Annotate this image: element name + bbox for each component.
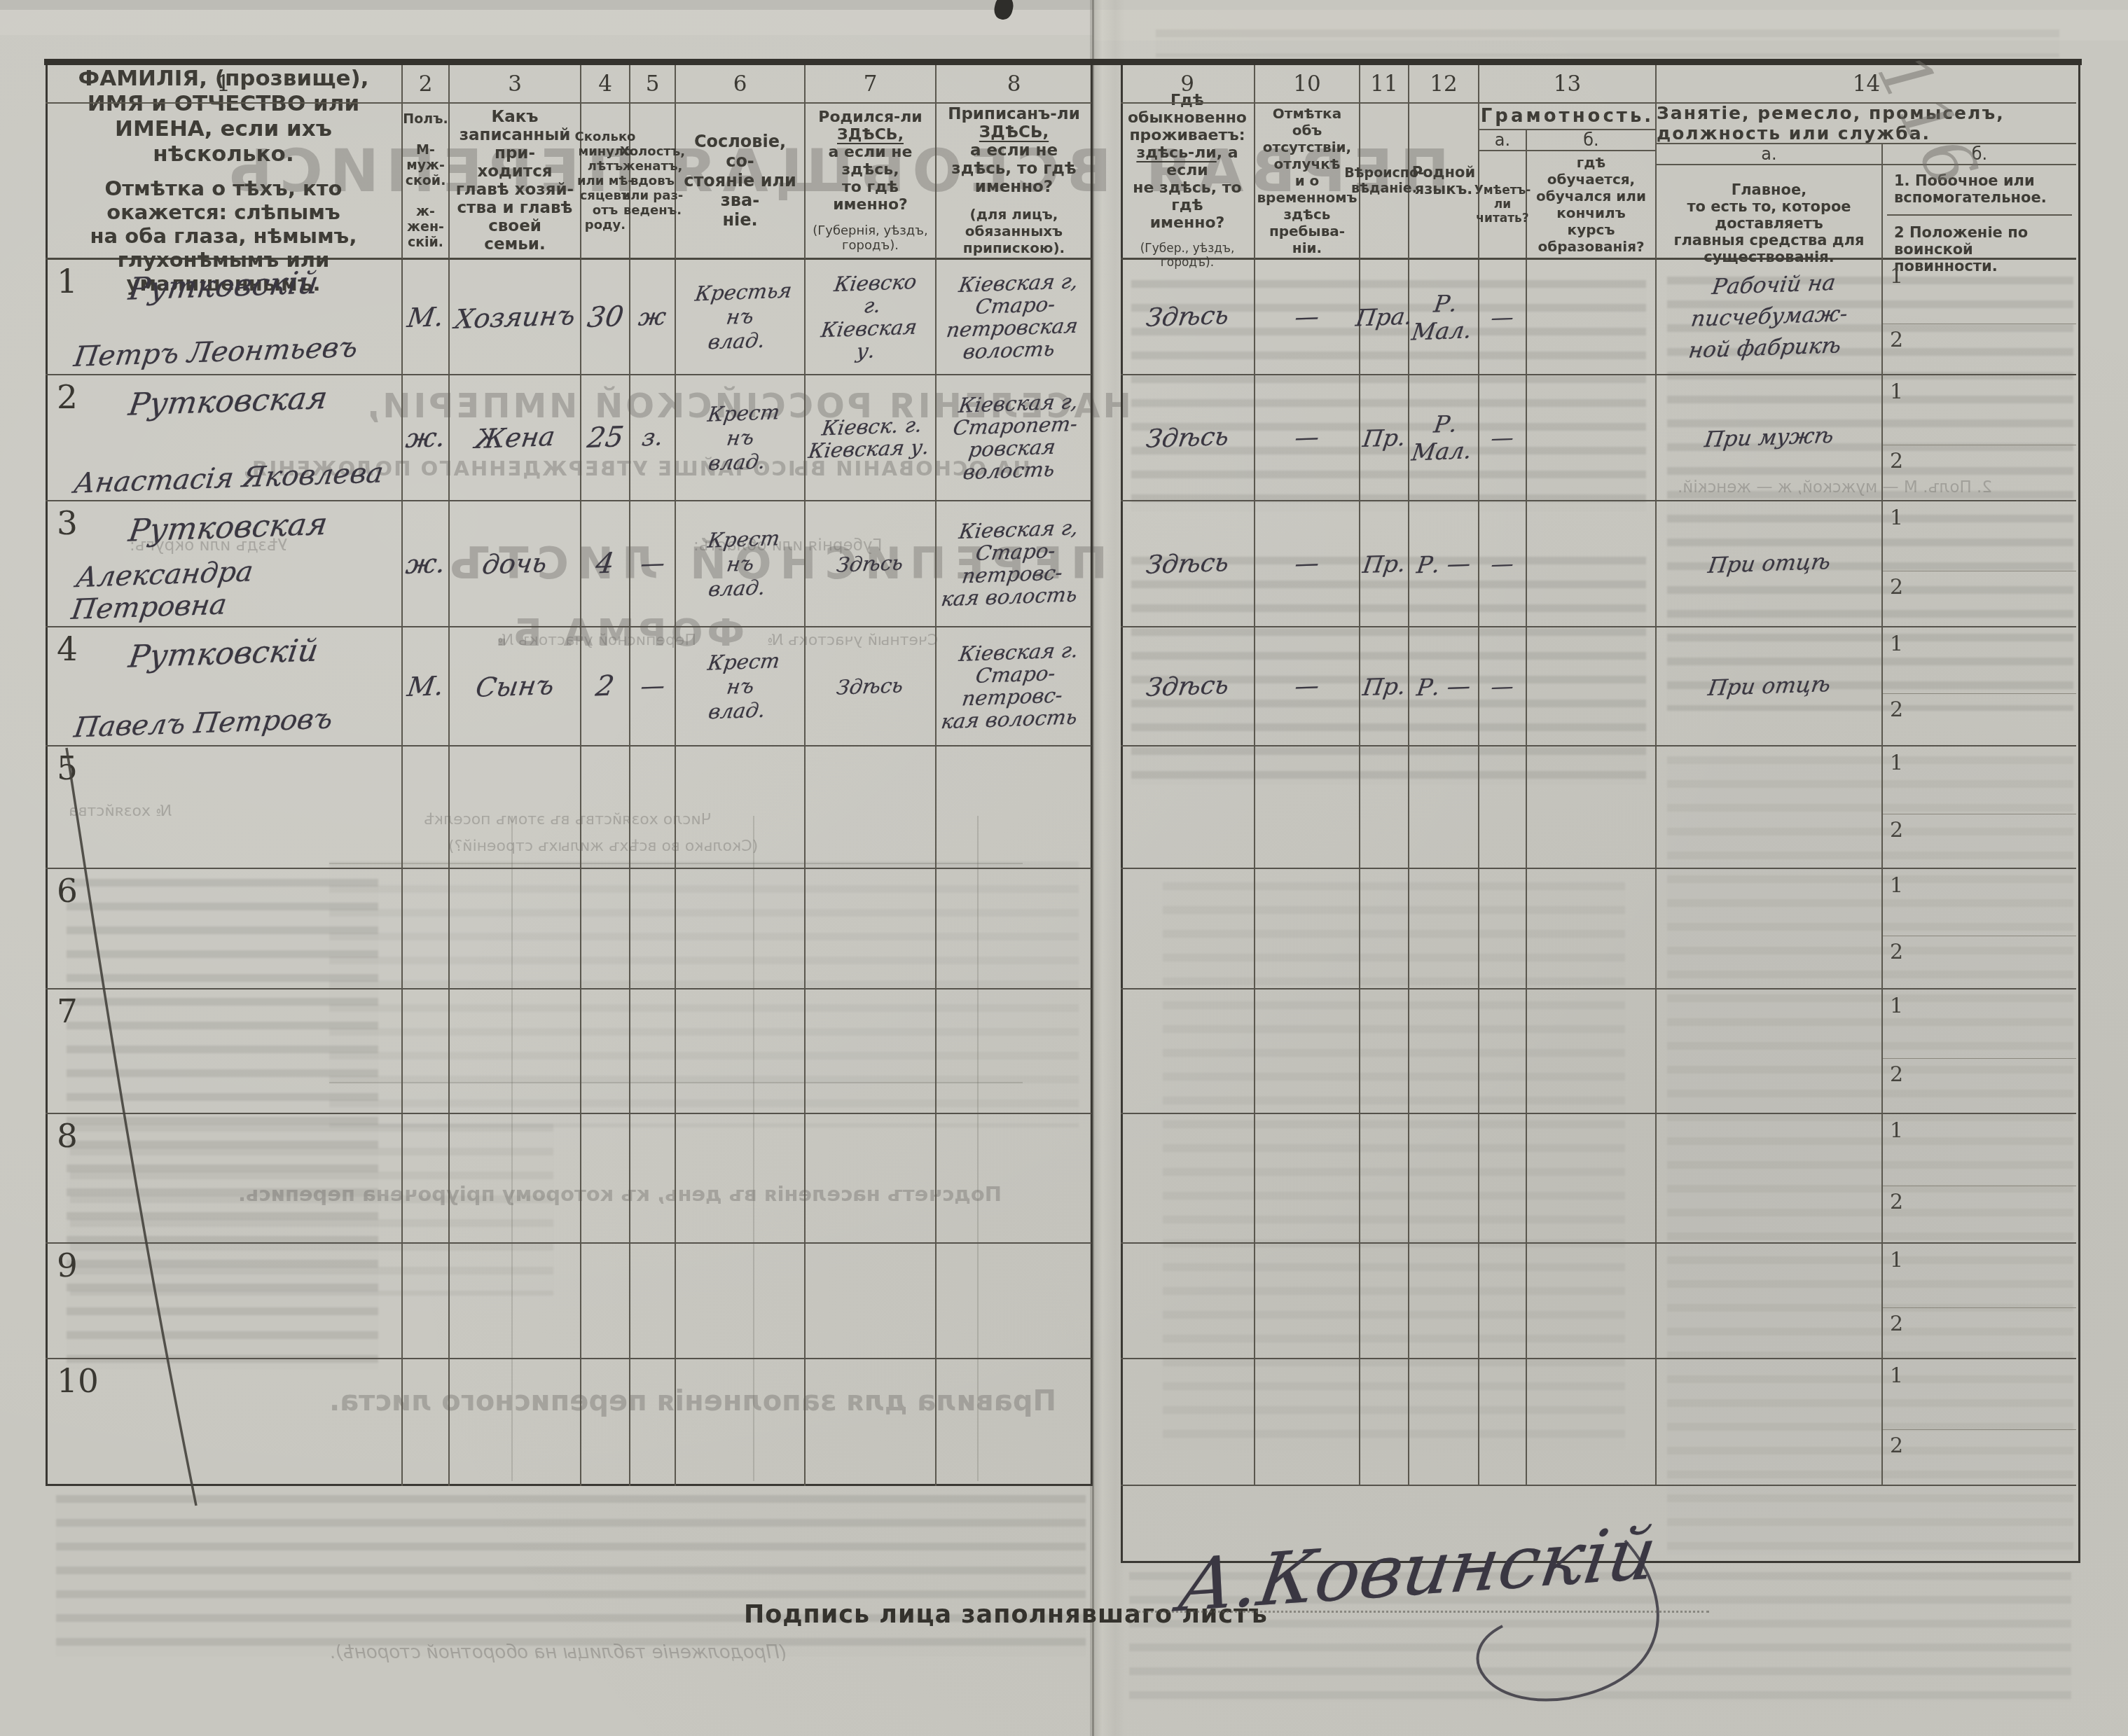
row3-c3-value: дочь [481,547,549,580]
row3-c3-cell: дочь [450,501,581,627]
subrow-divider [1883,571,2076,571]
col8-header: Приписанъ-ли ЗДѢСЬ, а если не здѣсь, то … [937,104,1091,260]
row2-c11-value: Пр. [1361,423,1407,452]
subrow-marker-1: 1 [1890,380,1903,404]
row4-c8-cell: Кіевская г. Старо- петровс- кая волость [937,627,1091,747]
subrow-marker-2: 2 [1890,1062,1903,1087]
row2-surname: Рутковская [126,377,404,423]
col7-header-text: Родился-ли ЗДѢСЬ, а если не здѣсь, то гд… [811,109,930,214]
row-number-6: 6 [57,872,78,910]
row-number-4: 4 [57,630,78,669]
row3-c5-value: — [639,549,667,578]
row3-c13b-cell [1527,501,1657,627]
census-sheet-scan: ПЕРВАЯ ВСЕОБЩАЯ ПЕРЕПИСЬ НАСЕЛЕНІЯ РОССІ… [0,0,2128,1736]
row5-c12-cell [1409,747,1479,869]
row10-c13a-cell [1479,1359,1527,1486]
row1-c9-value: Здѣсь [1144,301,1230,333]
row2-c11-cell: Пр. [1360,375,1409,501]
row8-c7-cell [806,1114,937,1244]
subrow-marker-1: 1 [1890,1248,1903,1272]
row1-c13a-value: — [1489,303,1516,331]
row3-c14b-cell: 12 [1883,501,2076,627]
row3-c6-value: Крест нъ влад. [699,526,781,602]
row8-c2-cell [403,1114,450,1244]
subrow-divider [1883,1186,2076,1186]
row6-c14b-cell: 12 [1883,869,2076,989]
col10-header-text: Отмѣтка объ отсутствіи, отлучкѣ и о врем… [1257,105,1357,256]
row2-c4-value: 25 [585,421,626,454]
row3-given-name: Александра Петровна [69,550,407,626]
row-number-9: 9 [57,1247,78,1285]
col9-header: Гдѣ обыкновенно проживаетъ: здѣсь-ли, а … [1121,104,1255,260]
row8-c13a-cell [1479,1114,1527,1244]
row1-c4-cell: 30 [581,260,630,375]
row4-c4-value: 2 [594,670,616,703]
row5-c3-cell [450,747,581,869]
row5-c13a-cell [1479,747,1527,869]
row1-c12-value: Р. Мал. [1405,289,1482,345]
row4-c14b-cell: 12 [1883,627,2076,747]
row5-c7-cell [806,747,937,869]
subrow-marker-2: 2 [1890,1190,1903,1214]
row2-c8-value: Кіевская г, Старопет- ровская волость [946,391,1082,485]
row4-c4-cell: 2 [581,627,630,747]
row3-surname: Рутковская [126,504,404,549]
row4-c10-value: — [1293,672,1321,700]
row1-c13a-cell: — [1479,260,1527,375]
col7-header-note: (Губернія, уѣздъ, городъ). [811,223,930,253]
row4-c11-cell: Пр. [1360,627,1409,747]
row3-c4-cell: 4 [581,501,630,627]
row3-c12-cell: Р. — [1409,501,1479,627]
row6-c14a-cell [1657,869,1883,989]
row5-c1-cell: 5 [46,747,403,869]
column-number-6: 6 [676,65,806,104]
column-number-5: 5 [630,65,676,104]
col2-header-text: Полъ. М-муж- ской. ж-жен- скій. [403,111,448,250]
column-number-8: 8 [937,65,1091,104]
row8-c4-cell [581,1114,630,1244]
row1-given-name: Петръ Леонтьевъ [72,331,360,373]
col8-header-text: Приписанъ-ли ЗДѢСЬ, а если не здѣсь, то … [942,105,1086,196]
row6-c9-cell [1121,869,1255,989]
bleed-noise [56,1495,1086,1656]
row1-c8-cell: Кіевская г, Старо- петровская волость [937,260,1091,375]
row4-c8-value: Кіевская г. Старо- петровс- кая волость [940,639,1089,733]
row2-c12-cell: Р. Мал. [1409,375,1479,501]
row4-c14a-value: При отцѣ [1706,669,1832,704]
row9-c14a-cell [1657,1244,1883,1359]
row7-c6-cell [676,989,806,1114]
row7-c14b-cell: 12 [1883,989,2076,1114]
row6-c2-cell [403,869,450,989]
row3-c12-value: Р. — [1415,549,1472,578]
row3-c7-cell: Здѣсь [806,501,937,627]
row7-c9-cell [1121,989,1255,1114]
subrow-marker-1: 1 [1890,1118,1903,1143]
row6-c4-cell [581,869,630,989]
row6-c10-cell [1255,869,1360,989]
row2-c2-value: ж. [404,422,448,454]
row4-c12-cell: Р. — [1409,627,1479,747]
scan-edge-top2 [0,10,1093,35]
col5-header: Холостъ, женатъ, вдовъ или раз- веденъ. [630,104,676,260]
row8-c8-cell [937,1114,1091,1244]
row4-c9-value: Здѣсь [1144,670,1230,702]
row3-c6-cell: Крест нъ влад. [676,501,806,627]
subrow-marker-2: 2 [1890,449,1903,473]
row1-c12-cell: Р. Мал. [1409,260,1479,375]
row4-c5-cell: — [630,627,676,747]
row1-c8-value: Кіевская г, Старо- петровская волость [942,270,1086,364]
row2-c7-value: Кіевск. г. Кіевская у. [807,413,934,463]
subrow-marker-2: 2 [1890,697,1903,722]
column-number-3: 3 [450,65,581,104]
row7-c7-cell [806,989,937,1114]
row7-c13b-cell [1527,989,1657,1114]
row5-c4-cell [581,747,630,869]
column-number-11: 11 [1360,65,1409,104]
row10-c13b-cell [1527,1359,1657,1486]
row1-c3-cell: Хозяинъ [450,260,581,375]
row5-c2-cell [403,747,450,869]
row1-surname: Рутковскій [126,262,404,307]
row4-given-name: Павелъ Петровъ [72,703,335,744]
row3-c11-cell: Пр. [1360,501,1409,627]
row2-c9-cell: Здѣсь [1121,375,1255,501]
row6-c3-cell [450,869,581,989]
row10-c5-cell [630,1359,676,1486]
row8-c5-cell [630,1114,676,1244]
col6-header-text: Сословіе, со- стояніе или зва- ніе. [682,132,799,230]
row5-c9-cell [1121,747,1255,869]
row7-c10-cell [1255,989,1360,1114]
row2-c12-value: Р. Мал. [1405,409,1482,466]
row2-c9-value: Здѣсь [1144,422,1230,453]
col13a-label: а. [1479,130,1527,150]
row3-c9-value: Здѣсь [1144,548,1230,579]
row9-c2-cell [403,1244,450,1359]
subrow-marker-1: 1 [1890,506,1903,530]
col9-header-text: Гдѣ обыкновенно проживаетъ: здѣсь-ли, а … [1126,92,1248,232]
row10-c10-cell [1255,1359,1360,1486]
row4-c13b-cell [1527,627,1657,747]
row3-c8-cell: Кіевская г, Старо- петровс- кая волость [937,501,1091,627]
col14-header: Занятіе, ремесло, промыселъ, должность и… [1657,104,2076,260]
col14b-separator [1887,214,2072,216]
row1-c3-value: Хозяинъ [452,300,577,335]
row4-c9-cell: Здѣсь [1121,627,1255,747]
row10-c6-cell [676,1359,806,1486]
row2-c5-cell: з. [630,375,676,501]
row10-c14a-cell [1657,1359,1883,1486]
row2-c13a-cell: — [1479,375,1527,501]
row-number-7: 7 [57,992,78,1031]
row5-c8-cell [937,747,1091,869]
row9-c6-cell [676,1244,806,1359]
row2-c14b-cell: 12 [1883,375,2076,501]
row7-c8-cell [937,989,1091,1114]
row6-c11-cell [1360,869,1409,989]
subrow-marker-1: 1 [1890,994,1903,1018]
col13-header: Грамотность. а. б. Умѣетъ- ли читать? гд… [1479,104,1657,260]
row3-c7-value: Здѣсь [836,551,905,576]
row3-c14a-value: При отцѣ [1706,546,1832,582]
row4-c10-cell: — [1255,627,1360,747]
row4-c1-cell: 4РутковскійПавелъ Петровъ [46,627,403,747]
row-number-1: 1 [57,263,78,301]
row4-c7-value: Здѣсь [836,674,905,699]
subrow-divider [1883,814,2076,814]
row2-c5-value: з. [640,423,665,452]
column-number-13: 13 [1479,65,1657,104]
row1-c2-cell: М. [403,260,450,375]
subrow-marker-2: 2 [1890,575,1903,599]
row5-c5-cell [630,747,676,869]
col12-header: Родной языкъ. [1409,104,1479,260]
row4-c3-value: Сынъ [474,669,555,703]
row3-c2-cell: ж. [403,501,450,627]
subrow-marker-1: 1 [1890,264,1903,289]
row1-c14a-value: Рабочій на писчебумаж- ной фабрикѣ [1684,267,1853,366]
row3-c13a-value: — [1489,550,1516,577]
row9-c14b-cell: 12 [1883,1244,2076,1359]
row4-c14a-cell: При отцѣ [1657,627,1883,747]
fold-crease [1090,0,1125,1736]
row1-c10-value: — [1293,303,1321,331]
subrow-marker-2: 2 [1890,940,1903,964]
row9-c9-cell [1121,1244,1255,1359]
row9-c1-cell: 9 [46,1244,403,1359]
row1-c1-cell: 1РутковскійПетръ Леонтьевъ [46,260,403,375]
row7-c5-cell [630,989,676,1114]
row6-c7-cell [806,869,937,989]
subrow-divider [1883,445,2076,445]
row7-c12-cell [1409,989,1479,1114]
row2-c10-cell: — [1255,375,1360,501]
row2-c14a-cell: При мужѣ [1657,375,1883,501]
row2-c10-value: — [1293,423,1321,452]
row2-c7-cell: Кіевск. г. Кіевская у. [806,375,937,501]
col14a-label: а. [1657,144,1883,164]
row10-c1-cell: 10 [46,1359,403,1486]
column-number-4: 4 [581,65,630,104]
row7-c13a-cell [1479,989,1527,1114]
subrow-divider [1883,1429,2076,1430]
row8-c10-cell [1255,1114,1360,1244]
row6-c13a-cell [1479,869,1527,989]
row6-c13b-cell [1527,869,1657,989]
row4-c2-cell: М. [403,627,450,747]
col2-header: Полъ. М-муж- ской. ж-жен- скій. [403,104,450,260]
col14-header-title: Занятіе, ремесло, промыселъ, должность и… [1657,104,2076,144]
row3-c2-value: ж. [404,548,448,580]
row6-c8-cell [937,869,1091,989]
row10-c8-cell [937,1359,1091,1486]
row6-c5-cell [630,869,676,989]
row1-c14b-cell: 12 [1883,260,2076,375]
column-number-9: 9 [1121,65,1255,104]
row3-c1-cell: 3РутковскаяАлександра Петровна [46,501,403,627]
row9-c5-cell [630,1244,676,1359]
row6-c1-cell: 6 [46,869,403,989]
col13b-label: б. [1527,130,1655,150]
subrow-marker-1: 1 [1890,751,1903,775]
subrow-marker-2: 2 [1890,1312,1903,1336]
row10-c4-cell [581,1359,630,1486]
row9-c7-cell [806,1244,937,1359]
row2-c3-cell: Жена [450,375,581,501]
row-number-8: 8 [57,1117,78,1155]
row1-c4-value: 30 [585,300,626,334]
column-number-1: 1 [46,65,403,104]
subrow-divider [1883,936,2076,936]
row2-c3-value: Жена [473,421,557,454]
row8-c9-cell [1121,1114,1255,1244]
row3-c8-value: Кіевская г, Старо- петровс- кая волость [940,517,1089,611]
row1-c7-cell: Кіевско г. Кіевская у. [806,260,937,375]
subrow-divider [1883,693,2076,694]
row2-c13a-value: — [1489,424,1516,451]
row1-c14a-cell: Рабочій на писчебумаж- ной фабрикѣ [1657,260,1883,375]
row8-c14a-cell [1657,1114,1883,1244]
col13a-header-text: Умѣетъ- ли читать? [1479,151,1527,258]
row-number-10: 10 [57,1362,99,1401]
row-number-5: 5 [57,749,78,788]
row2-c14a-value: При мужѣ [1702,419,1835,455]
row9-c12-cell [1409,1244,1479,1359]
row6-c6-cell [676,869,806,989]
row2-c6-value: Крест нъ влад. [699,400,781,475]
col13b-header-text: гдѣ обучается, обучался или кончилъ курс… [1527,151,1655,258]
row7-c1-cell: 7 [46,989,403,1114]
row9-c10-cell [1255,1244,1360,1359]
row2-c13b-cell [1527,375,1657,501]
row7-c2-cell [403,989,450,1114]
subrow-divider [1883,324,2076,324]
subrow-marker-1: 1 [1890,873,1903,898]
row8-c13b-cell [1527,1114,1657,1244]
row10-c3-cell [450,1359,581,1486]
column-number-12: 12 [1409,65,1479,104]
col14-sublabels: а. б. [1657,144,2076,165]
row9-c4-cell [581,1244,630,1359]
row8-c6-cell [676,1114,806,1244]
row7-c11-cell [1360,989,1409,1114]
row4-c12-value: Р. — [1415,672,1472,701]
row3-c4-value: 4 [594,548,616,581]
row7-c3-cell [450,989,581,1114]
col6-header: Сословіе, со- стояніе или зва- ніе. [676,104,806,260]
row8-c1-cell: 8 [46,1114,403,1244]
subrow-marker-2: 2 [1890,328,1903,352]
row4-surname: Рутковскій [126,630,404,675]
row9-c11-cell [1360,1244,1409,1359]
row4-c3-cell: Сынъ [450,627,581,747]
row1-c6-value: Крестья нъ влад. [686,279,793,355]
subrow-marker-2: 2 [1890,1433,1903,1458]
row1-c9-cell: Здѣсь [1121,260,1255,375]
row8-c3-cell [450,1114,581,1244]
col13-header-title: Грамотность. [1479,104,1655,130]
row3-c11-value: Пр. [1361,549,1407,578]
row7-c4-cell [581,989,630,1114]
row2-c1-cell: 2РутковскаяАнастасія Яковлева [46,375,403,501]
column-number-10: 10 [1255,65,1360,104]
column-number-7: 7 [806,65,937,104]
row3-c10-cell: — [1255,501,1360,627]
col13-sublabels: а. б. [1479,130,1655,151]
row1-c5-value: ж [637,303,668,331]
row2-given-name: Анастасія Яковлева [72,457,386,499]
subrow-divider [1883,1307,2076,1308]
row10-c7-cell [806,1359,937,1486]
table-top-border [44,59,2082,65]
row1-c7-value: Кіевско г. Кіевская у. [816,270,925,364]
row-number-2: 2 [57,378,78,417]
row3-c10-value: — [1293,549,1321,578]
row9-c13b-cell [1527,1244,1657,1359]
col1-header: ФАМИЛІЯ, (прозвище), ИМЯ и ОТЧЕСТВО или … [46,104,403,260]
row4-c6-value: Крест нъ влад. [699,648,781,724]
row1-c6-cell: Крестья нъ влад. [676,260,806,375]
col8-header-note: (для лицъ, обязанныхъ припискою). [942,206,1086,256]
row1-c2-value: М. [406,301,446,333]
row5-c11-cell [1360,747,1409,869]
row3-c5-cell: — [630,501,676,627]
col3-header: Какъ записанный при- ходится главѣ хозяй… [450,104,581,260]
row2-c4-cell: 25 [581,375,630,501]
row5-c14b-cell: 12 [1883,747,2076,869]
row5-c13b-cell [1527,747,1657,869]
row2-c2-cell: ж. [403,375,450,501]
column-number-2: 2 [403,65,450,104]
row5-c10-cell [1255,747,1360,869]
row2-c6-cell: Крест нъ влад. [676,375,806,501]
row4-c5-value: — [639,672,667,700]
row3-c13a-cell: — [1479,501,1527,627]
subrow-marker-1: 1 [1890,1363,1903,1388]
row4-c13a-cell: — [1479,627,1527,747]
col3-header-text: Какъ записанный при- ходится главѣ хозяй… [455,108,574,254]
row6-c12-cell [1409,869,1479,989]
row1-c5-cell: ж [630,260,676,375]
row4-c11-value: Пр. [1361,672,1407,700]
col12-header-text: Родной языкъ. [1412,164,1475,197]
row4-c6-cell: Крест нъ влад. [676,627,806,747]
col11-header: Вѣроиспо- вѣданіе. [1360,104,1409,260]
subrow-marker-2: 2 [1890,818,1903,842]
row2-c8-cell: Кіевская г, Старопет- ровская волость [937,375,1091,501]
row10-c9-cell [1121,1359,1255,1486]
row10-c12-cell [1409,1359,1479,1486]
row10-c14b-cell: 12 [1883,1359,2076,1486]
col7-header: Родился-ли ЗДѢСЬ, а если не здѣсь, то гд… [806,104,937,260]
row1-c11-value: Пра. [1354,303,1414,332]
row7-c14a-cell [1657,989,1883,1114]
row10-c11-cell [1360,1359,1409,1486]
row3-c9-cell: Здѣсь [1121,501,1255,627]
row9-c13a-cell [1479,1244,1527,1359]
row-number-3: 3 [57,504,78,543]
row1-c13b-cell [1527,260,1657,375]
row4-c13a-value: — [1489,672,1516,700]
subrow-marker-1: 1 [1890,632,1903,656]
row5-c14a-cell [1657,747,1883,869]
row8-c12-cell [1409,1114,1479,1244]
row3-c14a-cell: При отцѣ [1657,501,1883,627]
row4-c2-value: М. [406,670,446,702]
